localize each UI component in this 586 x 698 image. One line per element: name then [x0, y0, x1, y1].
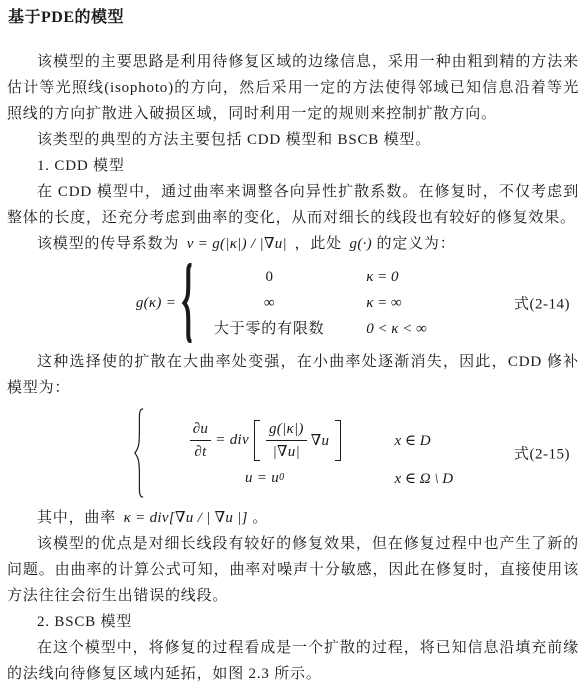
curvature-text-prefix: 其中，曲率 [37, 510, 116, 526]
g-function-symbol: g(·) [350, 236, 372, 252]
curly-brace [181, 263, 194, 343]
equation-2-14-lhs: g(κ) = [136, 295, 176, 312]
paragraph-methods: 该类型的典型的方法主要包括 CDD 模型和 BSCB 模型。 [7, 127, 579, 153]
fraction-numerator: g(|κ|) [266, 419, 307, 441]
pde-system: ∂u ∂t = div g(|κ|) |∇u| ∇u x ∈ D [149, 419, 499, 488]
divergence-operator: = div [215, 432, 249, 449]
curvature-text-suffix: 。 [252, 510, 268, 526]
initial-condition-base: u = u [245, 470, 279, 487]
document-page: 基于PDE的模型 该模型的主要思路是利用待修复区域的边缘信息，采用一种由粗到精的… [0, 0, 586, 698]
paragraph-intro: 该模型的主要思路是利用待修复区域的边缘信息，采用一种由粗到精的方法来估计等光照线… [7, 49, 579, 127]
case-value: ∞ [194, 290, 344, 316]
conductance-text-prefix: 该模型的传导系数为 [37, 236, 179, 252]
case-condition: κ = 0 [366, 264, 478, 290]
piecewise-case-row: ∞ κ = ∞ [194, 290, 478, 316]
conductance-inline-formula: v = g(|κ|) / |∇u| [187, 236, 287, 252]
equation-label-2-15: 式(2-15) [514, 443, 570, 464]
list-item-bscb-model: 2. BSCB 模型 [7, 609, 579, 635]
paragraph-cdd-description: 在 CDD 模型中，通过曲率来调整各向异性扩散系数。在修复时，不仅考虑到整体的长… [7, 179, 579, 231]
right-bracket [335, 420, 341, 461]
equation-2-15: ∂u ∂t = div g(|κ|) |∇u| ∇u x ∈ D [7, 407, 579, 499]
curvature-inline-formula: κ = div[∇u / | ∇u |] [124, 510, 248, 526]
piecewise-case-row: 大于零的有限数 0 < κ < ∞ [194, 316, 478, 342]
case-condition: 0 < κ < ∞ [366, 316, 478, 342]
conductance-text-suffix: 的定义为： [377, 236, 456, 252]
domain-condition: x ∈ Ω \ D [395, 469, 499, 488]
paragraph-conductance: 该模型的传导系数为 v = g(|κ|) / |∇u| ，此处 g(·) 的定义… [7, 231, 579, 257]
equation-2-14: g(κ) = 0 κ = 0 ∞ κ = ∞ 大于零的有限数 0 < κ < ∞ [7, 263, 579, 343]
fraction-denominator: |∇u| [273, 441, 300, 462]
paragraph-curvature: 其中，曲率 κ = div[∇u / | ∇u |] 。 [7, 505, 579, 531]
fraction-numerator: ∂u [190, 419, 212, 441]
domain-condition: x ∈ D [395, 431, 499, 450]
equation-2-14-body: g(κ) = 0 κ = 0 ∞ κ = ∞ 大于零的有限数 0 < κ < ∞ [136, 263, 478, 343]
conductance-fraction: g(|κ|) |∇u| [266, 419, 307, 462]
case-condition: κ = ∞ [366, 290, 478, 316]
case-value: 0 [194, 264, 344, 290]
pde-expression: ∂u ∂t = div g(|κ|) |∇u| ∇u [149, 419, 381, 462]
pde-system-row: ∂u ∂t = div g(|κ|) |∇u| ∇u x ∈ D [149, 419, 499, 462]
time-derivative-fraction: ∂u ∂t [190, 419, 212, 462]
left-bracket [254, 420, 260, 461]
paragraph-diffusion-choice: 这种选择使的扩散在大曲率处变强，在小曲率处逐渐消失，因此，CDD 修补模型为： [7, 349, 579, 401]
gradient-term: ∇u [311, 431, 330, 450]
fraction-denominator: ∂t [194, 441, 206, 462]
piecewise-cases: 0 κ = 0 ∞ κ = ∞ 大于零的有限数 0 < κ < ∞ [194, 264, 478, 342]
pde-expression: u = u0 [149, 470, 381, 487]
pde-system-row: u = u0 x ∈ Ω \ D [149, 469, 499, 488]
document-title: 基于PDE的模型 [8, 8, 579, 28]
list-item-cdd-model: 1. CDD 模型 [7, 153, 579, 179]
curly-brace [132, 407, 145, 499]
piecewise-case-row: 0 κ = 0 [194, 264, 478, 290]
paragraph-bscb: 在这个模型中，将修复的过程看成是一个扩散的过程，将已知信息沿填充前缘的法线向待修… [7, 635, 579, 687]
equation-label-2-14: 式(2-14) [514, 293, 570, 314]
case-value: 大于零的有限数 [194, 316, 344, 342]
conductance-text-mid: ，此处 [295, 236, 342, 252]
equation-2-15-body: ∂u ∂t = div g(|κ|) |∇u| ∇u x ∈ D [132, 407, 499, 499]
paragraph-pros-cons: 该模型的优点是对细长线段有较好的修复效果，但在修复过程中也产生了新的问题。由曲率… [7, 531, 579, 609]
